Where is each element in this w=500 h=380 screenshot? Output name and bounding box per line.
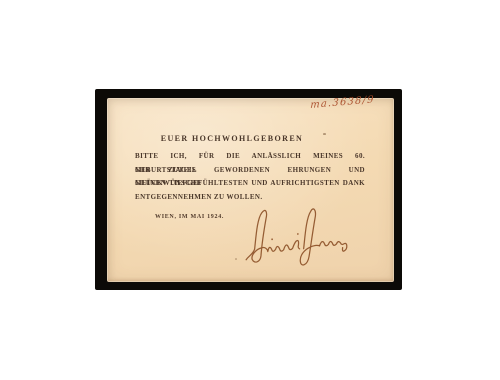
- handwritten-signature: [238, 201, 356, 272]
- printed-body-text: BITTE ICH, FÜR DIE ANLÄSSLICH MEINES 60.…: [135, 150, 365, 205]
- paper-speck: [323, 133, 326, 135]
- place-date-line: WIEN, IM MAI 1924.: [155, 214, 224, 220]
- signature-stroke: [319, 240, 347, 252]
- signature-stroke: [244, 210, 269, 262]
- photo-background: ma.3638/9 EUER HOCHWOHLGEBOREN BITTE ICH…: [0, 0, 500, 380]
- signature-stroke: [298, 209, 321, 265]
- salutation-line: EUER HOCHWOHLGEBOREN: [152, 134, 312, 143]
- black-mount: ma.3638/9 EUER HOCHWOHLGEBOREN BITTE ICH…: [95, 89, 402, 290]
- body-line: MEINEN TIEFGEFÜHLTESTEN UND AUFRICHTIGST…: [135, 177, 365, 191]
- body-line: BITTE ICH, FÜR DIE ANLÄSSLICH MEINES 60.…: [135, 150, 365, 164]
- paper-speck: [235, 258, 237, 260]
- catalog-number-annotation: ma.3638/9: [310, 93, 390, 111]
- signature-stroke: [267, 240, 299, 251]
- autograph-card: ma.3638/9 EUER HOCHWOHLGEBOREN BITTE ICH…: [107, 98, 394, 282]
- body-line: MIR ZUTEIL GEWORDENEN EHRUNGEN UND GLÜCK…: [135, 164, 365, 178]
